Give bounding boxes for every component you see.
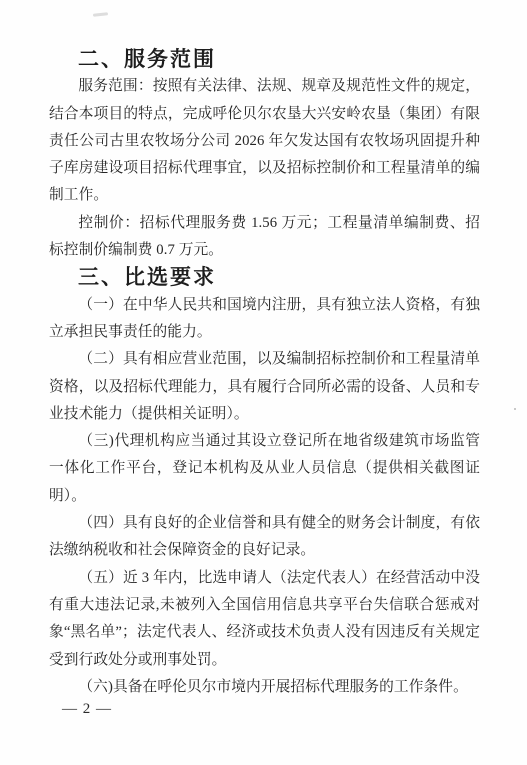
paragraph-requirement-2: （二）具有相应营业范围，以及编制招标控制价和工程量清单资格，以及招标代理能力，具… <box>49 346 480 428</box>
page-number: — 2 — <box>62 701 112 718</box>
scan-dot-mark <box>514 408 516 410</box>
paragraph-requirement-6: （六)具备在呼伦贝尔市境内开展招标代理服务的工作条件。 <box>49 674 480 701</box>
scan-smudge-mark <box>93 12 108 17</box>
document-body: 二、服务范围 服务范围：按照有关法律、法规、规章及规范性文件的规定，结合本项目的… <box>49 46 480 701</box>
paragraph-requirement-1: （一）在中华人民共和国境内注册，具有独立法人资格，有独立承担民事责任的能力。 <box>49 292 480 347</box>
document-page: 二、服务范围 服务范围：按照有关法律、法规、规章及规范性文件的规定，结合本项目的… <box>0 0 527 765</box>
paragraph-requirement-5: （五）近 3 年内，比选申请人（法定代表人）在经营活动中没有重大违法记录,未被列… <box>49 565 480 674</box>
paragraph-requirement-3: （三)代理机构应当通过其设立登记所在地省级建筑市场监管一体化工作平台，登记本机构… <box>49 428 480 510</box>
section-heading-selection-requirements: 三、比选要求 <box>49 264 480 291</box>
paragraph-requirement-4: （四）具有良好的企业信誉和具有健全的财务会计制度，有依法缴纳税收和社会保障资金的… <box>49 510 480 565</box>
paragraph-service-scope: 服务范围：按照有关法律、法规、规章及规范性文件的规定，结合本项目的特点，完成呼伦… <box>49 73 480 209</box>
section-heading-service-scope: 二、服务范围 <box>49 46 480 73</box>
paragraph-control-price: 控制价：招标代理服务费 1.56 万元；工程量清单编制费、招标控制价编制费 0.… <box>49 210 480 265</box>
